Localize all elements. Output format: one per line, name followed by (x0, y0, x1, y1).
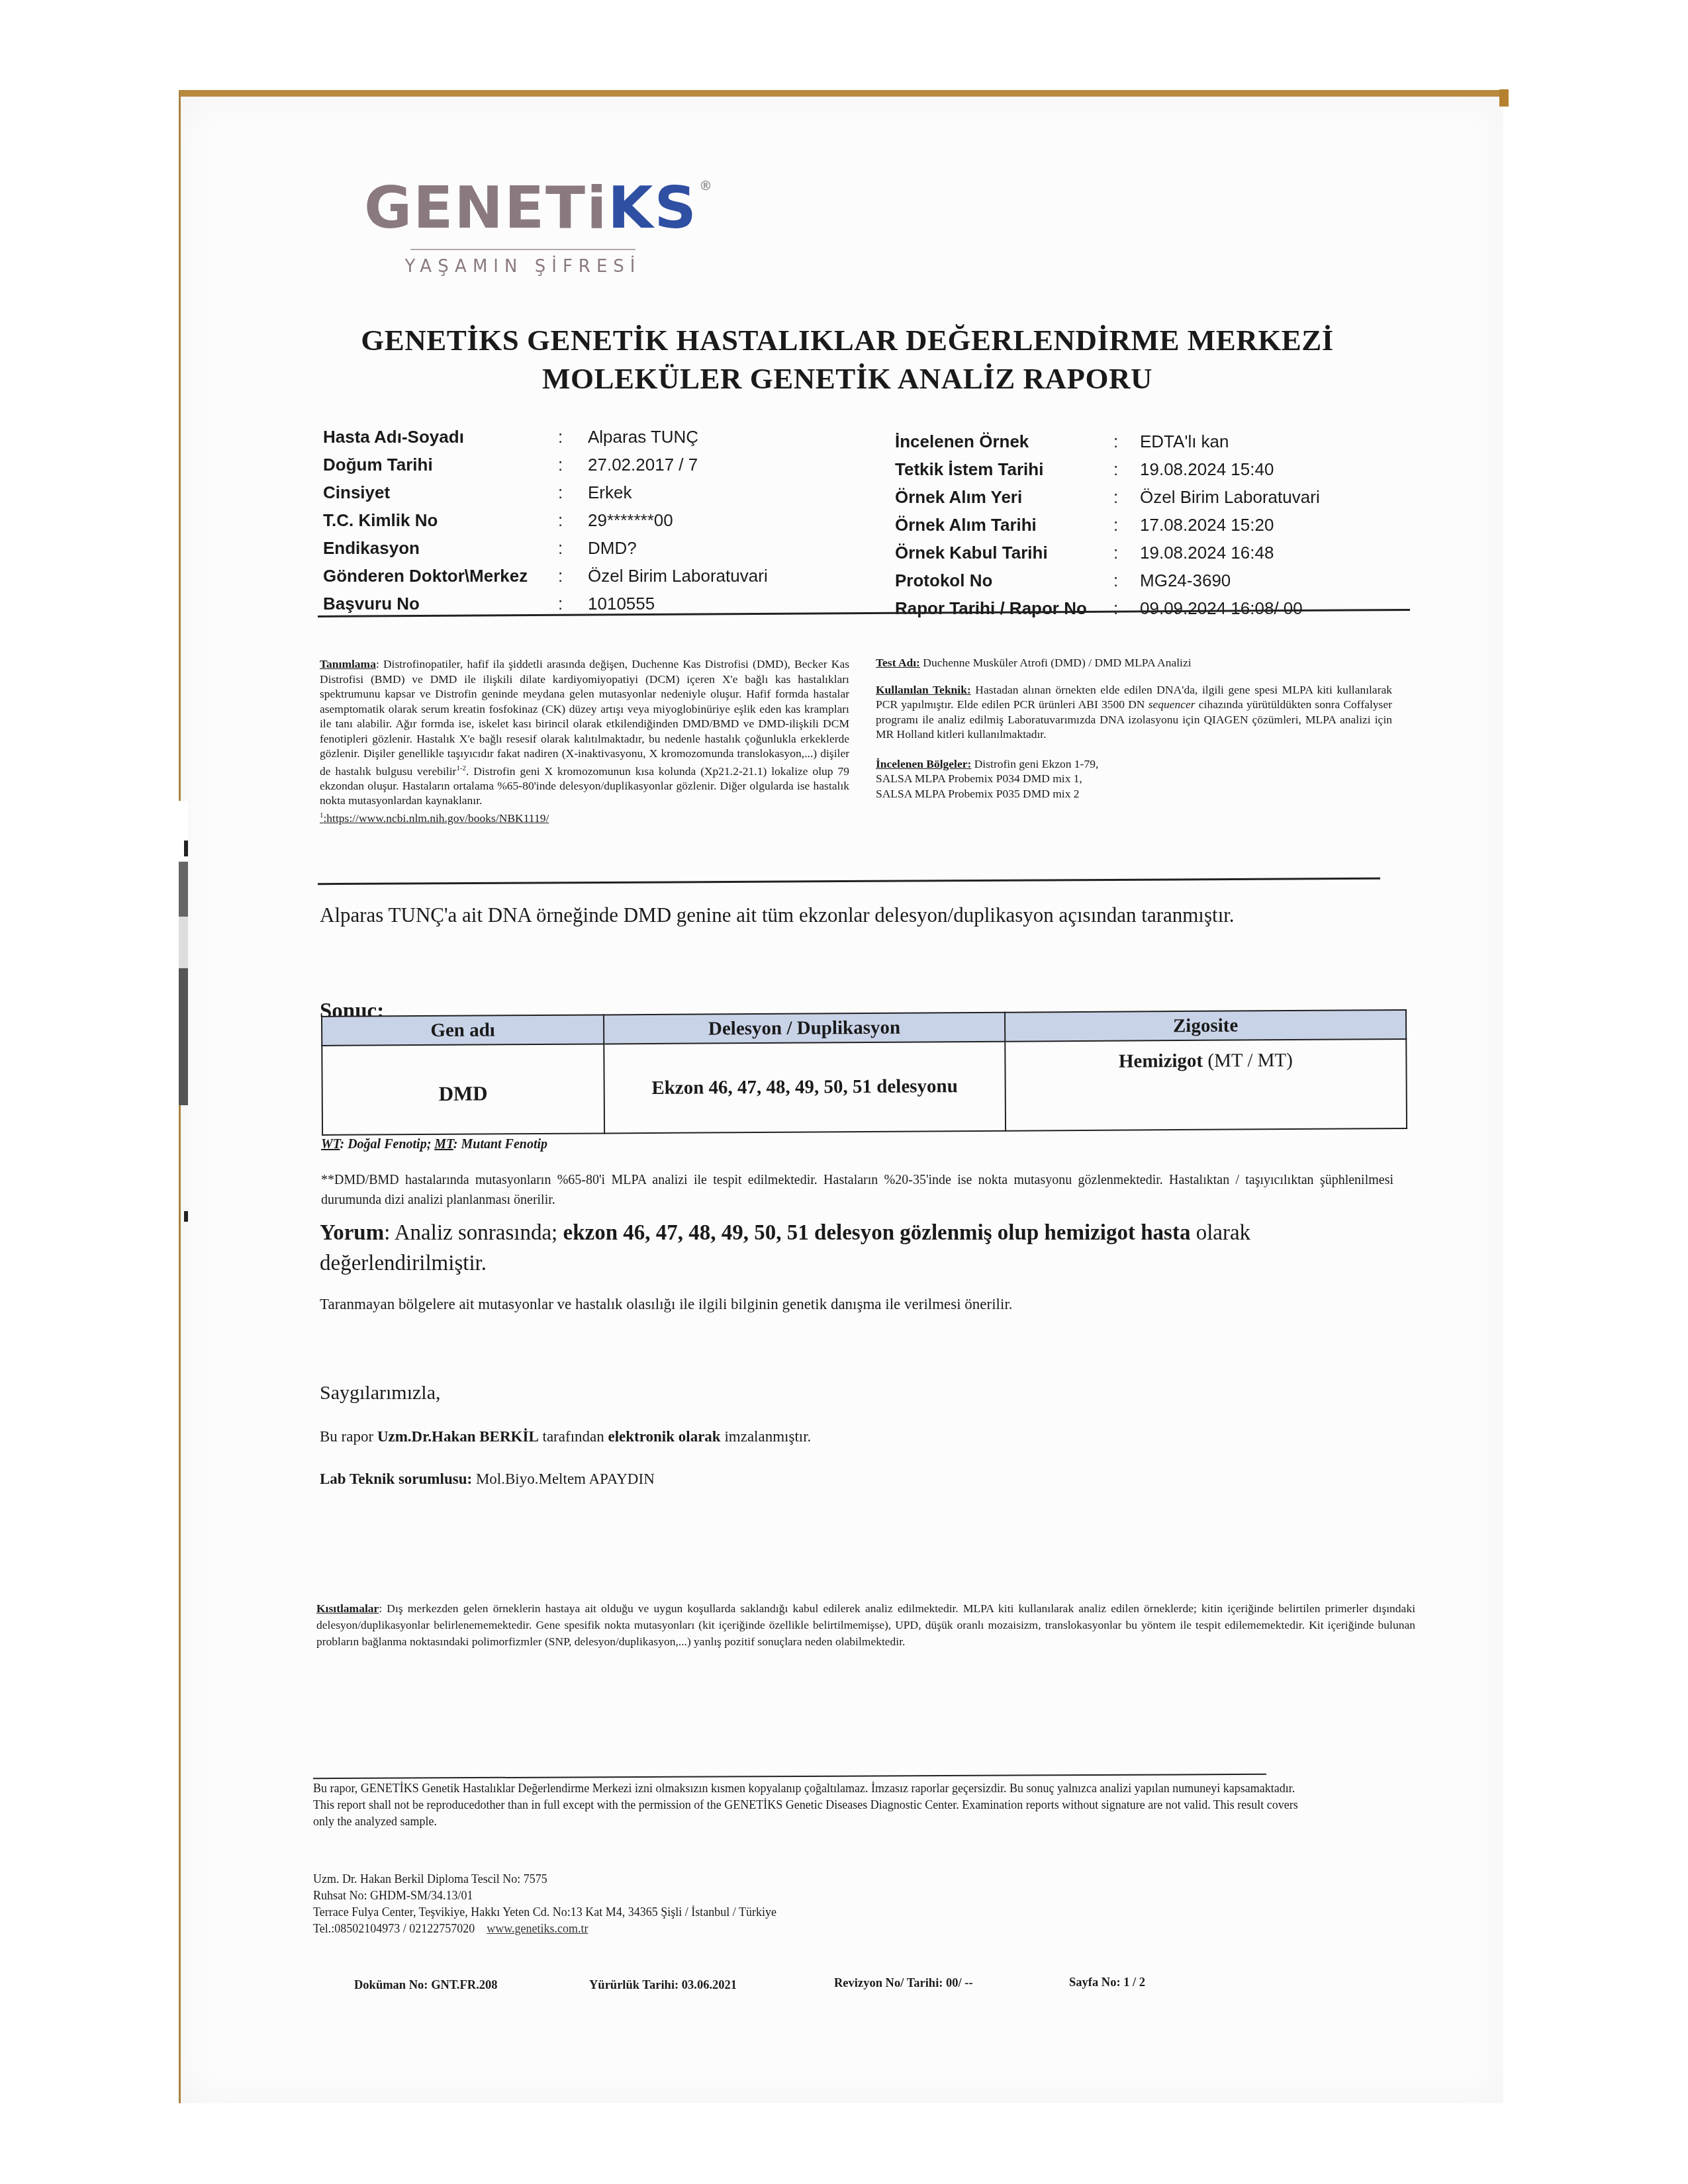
logo-divider (410, 249, 635, 250)
column-header-gene: Gen adı (322, 1015, 604, 1046)
info-separator: : (1113, 432, 1118, 452)
info-value: Özel Birim Laboratuvari (1140, 487, 1320, 508)
zygosity-cell: Hemizigot (MT / MT) (1005, 1039, 1407, 1131)
lab-technician: Lab Teknik sorumlusu: Mol.Biyo.Meltem AP… (320, 1471, 655, 1488)
signing-doctor: Uzm.Dr.Hakan BERKİL (377, 1428, 539, 1445)
info-separator: : (558, 427, 563, 447)
footer-contact: Uzm. Dr. Hakan Berkil Diploma Tescil No:… (313, 1871, 909, 1937)
phone: Tel.:08502104973 / 02122757020 (313, 1922, 475, 1935)
info-label: İncelenen Örnek (895, 432, 1029, 452)
effective-date: Yürürlük Tarihi: 03.06.2021 (589, 1979, 737, 1993)
test-name-label: Test Adı: (876, 656, 920, 669)
region-item: SALSA MLPA Probemix P034 DMD mix 1, (876, 771, 1392, 786)
info-separator: : (1113, 570, 1118, 591)
definition-label: Tanımlama (320, 657, 376, 670)
diploma-no: Uzm. Dr. Hakan Berkil Diploma Tescil No:… (313, 1871, 909, 1888)
legend-wt: WT (321, 1137, 340, 1152)
info-label: Endikasyon (323, 538, 420, 559)
limitations: Kısıtlamalar: Dış merkezden gelen örnekl… (316, 1600, 1415, 1650)
counseling-note: Taranmayan bölgelere ait mutasyonlar ve … (320, 1296, 1013, 1313)
test-info-block: Test Adı: Duchenne Musküler Atrofi (DMD)… (876, 655, 1392, 801)
info-label: T.C. Kimlik No (323, 510, 438, 531)
info-separator: : (558, 566, 563, 586)
info-label: Örnek Alım Tarihi (895, 515, 1037, 535)
legend-mt: MT (434, 1137, 453, 1152)
report-title: GENETİKS GENETİK HASTALIKLAR DEĞERLENDİR… (357, 321, 1337, 398)
logo-word-accent: KS (608, 173, 698, 242)
signature-middle: tarafından (539, 1428, 608, 1445)
registered-mark-icon: ® (699, 177, 714, 193)
edge-mark (184, 841, 188, 856)
column-header-variant: Delesyon / Duplikasyon (604, 1013, 1005, 1044)
info-separator: : (1113, 515, 1118, 535)
info-separator: : (1113, 543, 1118, 563)
info-separator: : (558, 594, 563, 614)
logo-wordmark: GENETiKS® (364, 179, 682, 237)
info-separator: : (1113, 459, 1118, 480)
genetiks-logo: GENETiKS® YAŞAMIN ŞİFRESİ (364, 179, 682, 277)
title-line-2: MOLEKÜLER GENETİK ANALİZ RAPORU (357, 359, 1337, 398)
info-label: Protokol No (895, 570, 992, 591)
legend-wt-text: : Doğal Fenotip; (340, 1137, 435, 1152)
phenotype-legend: WT: Doğal Fenotip; MT: Mutant Fenotip (321, 1137, 547, 1152)
column-header-zygosity: Zigosite (1005, 1010, 1406, 1042)
logo-tagline: YAŞAMIN ŞİFRESİ (364, 257, 682, 277)
zygosity-detail: (MT / MT) (1203, 1050, 1293, 1071)
info-value: Alparas TUNÇ (588, 427, 698, 447)
disclaimer-tr: Bu rapor, GENETİKS Genetik Hastalıklar D… (313, 1780, 1306, 1797)
region-item: Distrofin geni Ekzon 1-79, (971, 757, 1098, 770)
info-value: DMD? (588, 538, 637, 559)
info-value: 1010555 (588, 594, 655, 614)
signature-line: Bu rapor Uzm.Dr.Hakan BERKİL tarafından … (320, 1428, 811, 1445)
result-table: Gen adı Delesyon / Duplikasyon Zigosite … (321, 1009, 1407, 1136)
definition-superscript: 1-2 (456, 764, 466, 772)
technique-italic: sequencer (1149, 698, 1196, 711)
test-name: Duchenne Musküler Atrofi (DMD) / DMD MLP… (920, 656, 1192, 669)
lab-tech-name: Mol.Biyo.Meltem APAYDIN (472, 1471, 655, 1487)
signature-suffix: imzalanmıştır. (721, 1428, 812, 1445)
info-value: Özel Birim Laboratuvari (588, 566, 768, 586)
edge-mark (184, 1211, 188, 1222)
region-item: SALSA MLPA Probemix P035 DMD mix 2 (876, 786, 1392, 801)
signature-prefix: Bu rapor (320, 1428, 377, 1445)
info-separator: : (558, 510, 563, 531)
info-separator: : (558, 538, 563, 559)
limitations-label: Kısıtlamalar (316, 1602, 379, 1615)
info-value: 09.09.2024 16:08/ 00 (1140, 598, 1303, 619)
legend-mt-text: : Mutant Fenotip (453, 1137, 547, 1152)
info-value: 29*******00 (588, 510, 673, 531)
info-label: Örnek Kabul Tarihi (895, 543, 1048, 563)
info-value: 19.08.2024 15:40 (1140, 459, 1274, 480)
info-value: EDTA'lı kan (1140, 432, 1229, 452)
info-label: Doğum Tarihi (323, 455, 433, 475)
logo-word-main: GENETi (364, 173, 608, 242)
variant-cell: Ekzon 46, 47, 48, 49, 50, 51 delesyonu (604, 1042, 1006, 1134)
info-label: Örnek Alım Yeri (895, 487, 1022, 508)
info-label: Tetkik İstem Tarihi (895, 459, 1043, 480)
interpretation-text: : Analiz sonrasında; (384, 1221, 563, 1245)
address: Terrace Fulya Center, Teşvikiye, Hakkı Y… (313, 1904, 909, 1921)
mlpa-note: **DMD/BMD hastalarında mutasyonların %65… (321, 1170, 1393, 1210)
lab-tech-label: Lab Teknik sorumlusu: (320, 1471, 472, 1487)
info-separator: : (558, 482, 563, 503)
info-value: 17.08.2024 15:20 (1140, 515, 1274, 535)
info-separator: : (558, 455, 563, 475)
technique-label: Kullanılan Teknik: (876, 683, 971, 696)
paper-corner (1499, 89, 1509, 107)
disclaimer-en: This report shall not be reproducedother… (313, 1797, 1306, 1830)
interpretation-finding: ekzon 46, 47, 48, 49, 50, 51 delesyon gö… (563, 1221, 1191, 1245)
regions-label: İncelenen Bölgeler: (876, 757, 971, 770)
info-label: Hasta Adı-Soyadı (323, 427, 464, 447)
reference-link[interactable]: :https://www.ncbi.nlm.nih.gov/books/NBK1… (324, 811, 549, 825)
gene-cell: DMD (322, 1044, 604, 1135)
page-number: Sayfa No: 1 / 2 (1069, 1976, 1145, 1990)
info-value: MG24-3690 (1140, 570, 1231, 591)
interpretation-label: Yorum (320, 1221, 384, 1245)
interpretation: Yorum: Analiz sonrasında; ekzon 46, 47, … (320, 1218, 1405, 1279)
info-value: Erkek (588, 482, 632, 503)
info-label: Cinsiyet (323, 482, 390, 503)
info-value: 19.08.2024 16:48 (1140, 543, 1274, 563)
document-number: Doküman No: GNT.FR.208 (354, 1979, 498, 1993)
footer-disclaimer: Bu rapor, GENETİKS Genetik Hastalıklar D… (313, 1780, 1306, 1830)
info-label: Başvuru No (323, 594, 420, 614)
info-label: Gönderen Doktor\Merkez (323, 566, 528, 586)
signature-method: elektronik olarak (608, 1428, 721, 1445)
info-separator: : (1113, 487, 1118, 508)
website-link[interactable]: www.genetiks.com.tr (487, 1922, 588, 1935)
closing-salutation: Saygılarımızla, (320, 1382, 440, 1404)
license-no: Ruhsat No: GHDM-SM/34.13/01 (313, 1888, 909, 1904)
zygosity-value: Hemizigot (1119, 1050, 1203, 1072)
info-label: Rapor Tarihi / Rapor No (895, 598, 1087, 619)
info-value: 27.02.2017 / 7 (588, 455, 698, 475)
limitations-text: : Dış merkezden gelen örneklerin hastaya… (316, 1602, 1415, 1648)
revision: Revizyon No/ Tarihi: 00/ -- (834, 1977, 973, 1991)
definition-block: Tanımlama: Distrofinopatiler, hafif ila … (320, 657, 849, 825)
table-row: DMD Ekzon 46, 47, 48, 49, 50, 51 delesyo… (322, 1039, 1407, 1135)
definition-text: : Distrofinopatiler, hafif ila şiddetli … (320, 657, 849, 777)
title-line-1: GENETİKS GENETİK HASTALIKLAR DEĞERLENDİR… (357, 321, 1337, 359)
info-separator: : (1113, 598, 1118, 619)
scan-statement: Alparas TUNÇ'a ait DNA örneğinde DMD gen… (320, 901, 1339, 929)
